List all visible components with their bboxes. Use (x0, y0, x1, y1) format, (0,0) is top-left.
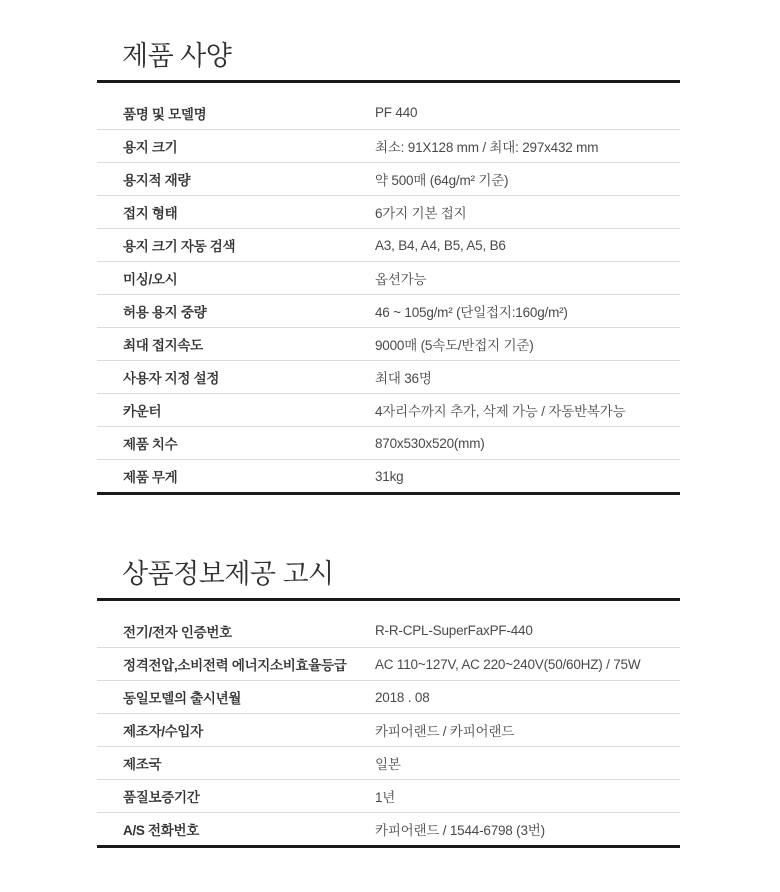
table-row: 카운터 4자리수까지 추가, 삭제 가능 / 자동반복가능 (97, 393, 680, 426)
spec-row-label: 용지적 재량 (97, 169, 375, 189)
spec-row-value: 4자리수까지 추가, 삭제 가능 / 자동반복가능 (375, 400, 625, 420)
table-row: 미싱/오시 옵션가능 (97, 261, 680, 294)
spec-row-label: 전기/전자 인증번호 (97, 621, 375, 641)
table-row: 용지 크기 자동 검색 A3, B4, A4, B5, A5, B6 (97, 228, 680, 261)
table-row: 제품 치수 870x530x520(mm) (97, 426, 680, 459)
product-notice-section: 상품정보제공 고시 전기/전자 인증번호 R-R-CPL-SuperFaxPF-… (97, 558, 680, 848)
product-spec-title: 제품 사양 (97, 40, 680, 72)
table-row: 사용자 지정 설정 최대 36명 (97, 360, 680, 393)
table-row: 전기/전자 인증번호 R-R-CPL-SuperFaxPF-440 (97, 614, 680, 647)
table-row: 허용 용지 중량 46 ~ 105g/m² (단일접지:160g/m²) (97, 294, 680, 327)
spec-row-label: 카운터 (97, 400, 375, 420)
spec-row-label: 제품 치수 (97, 433, 375, 453)
spec-row-label: 용지 크기 자동 검색 (97, 235, 375, 255)
table-row: 용지적 재량 약 500매 (64g/m² 기준) (97, 162, 680, 195)
spec-row-value: AC 110~127V, AC 220~240V(50/60HZ) / 75W (375, 657, 640, 672)
spec-row-label: 품명 및 모델명 (97, 103, 375, 123)
table-row: 동일모델의 출시년월 2018 . 08 (97, 680, 680, 713)
spec-row-value: A3, B4, A4, B5, A5, B6 (375, 238, 506, 253)
spec-row-value: 31kg (375, 469, 403, 484)
product-notice-title: 상품정보제공 고시 (97, 558, 680, 590)
spec-row-label: 제조자/수입자 (97, 720, 375, 740)
spec-row-label: 최대 접지속도 (97, 334, 375, 354)
spec-row-label: 접지 형태 (97, 202, 375, 222)
table-row: 용지 크기 최소: 91X128 mm / 최대: 297x432 mm (97, 129, 680, 162)
spec-row-label: 품질보증기간 (97, 786, 375, 806)
table-row: 품명 및 모델명 PF 440 (97, 96, 680, 129)
spec-row-label: 미싱/오시 (97, 268, 375, 288)
spec-row-value: 2018 . 08 (375, 690, 430, 705)
spec-row-value: 최소: 91X128 mm / 최대: 297x432 mm (375, 136, 598, 156)
spec-row-label: 정격전압,소비전력 에너지소비효율등급 (97, 654, 375, 674)
spec-row-value: 46 ~ 105g/m² (단일접지:160g/m²) (375, 301, 568, 321)
table-row: 정격전압,소비전력 에너지소비효율등급 AC 110~127V, AC 220~… (97, 647, 680, 680)
spec-row-value: 옵션가능 (375, 268, 426, 288)
table-row: 제조국 일본 (97, 746, 680, 779)
product-spec-section: 제품 사양 품명 및 모델명 PF 440 용지 크기 최소: 91X128 m… (97, 40, 680, 495)
spec-row-label: 허용 용지 중량 (97, 301, 375, 321)
spec-row-value: 카피어랜드 / 1544-6798 (3번) (375, 819, 545, 839)
spec-row-label: 용지 크기 (97, 136, 375, 156)
spec-row-label: 사용자 지정 설정 (97, 367, 375, 387)
spec-row-value: 9000매 (5속도/반접지 기준) (375, 334, 534, 354)
table-row: 제품 무게 31kg (97, 459, 680, 492)
table-row: A/S 전화번호 카피어랜드 / 1544-6798 (3번) (97, 812, 680, 845)
table-row: 접지 형태 6가지 기본 접지 (97, 195, 680, 228)
spec-row-value: 일본 (375, 753, 401, 773)
product-spec-table: 품명 및 모델명 PF 440 용지 크기 최소: 91X128 mm / 최대… (97, 80, 680, 495)
page-content: 제품 사양 품명 및 모델명 PF 440 용지 크기 최소: 91X128 m… (97, 40, 680, 848)
product-notice-table: 전기/전자 인증번호 R-R-CPL-SuperFaxPF-440 정격전압,소… (97, 598, 680, 848)
spec-row-label: 제조국 (97, 753, 375, 773)
spec-row-label: 제품 무게 (97, 466, 375, 486)
spec-row-label: 동일모델의 출시년월 (97, 687, 375, 707)
table-row: 제조자/수입자 카피어랜드 / 카피어랜드 (97, 713, 680, 746)
spec-row-value: 최대 36명 (375, 367, 432, 387)
spec-row-label: A/S 전화번호 (97, 819, 375, 839)
spec-row-value: R-R-CPL-SuperFaxPF-440 (375, 623, 533, 638)
spec-row-value: 6가지 기본 접지 (375, 202, 466, 222)
spec-row-value: 870x530x520(mm) (375, 436, 485, 451)
spec-row-value: 카피어랜드 / 카피어랜드 (375, 720, 514, 740)
table-row: 품질보증기간 1년 (97, 779, 680, 812)
spec-row-value: 약 500매 (64g/m² 기준) (375, 169, 508, 189)
spec-row-value: 1년 (375, 786, 395, 806)
spec-row-value: PF 440 (375, 105, 417, 120)
table-row: 최대 접지속도 9000매 (5속도/반접지 기준) (97, 327, 680, 360)
